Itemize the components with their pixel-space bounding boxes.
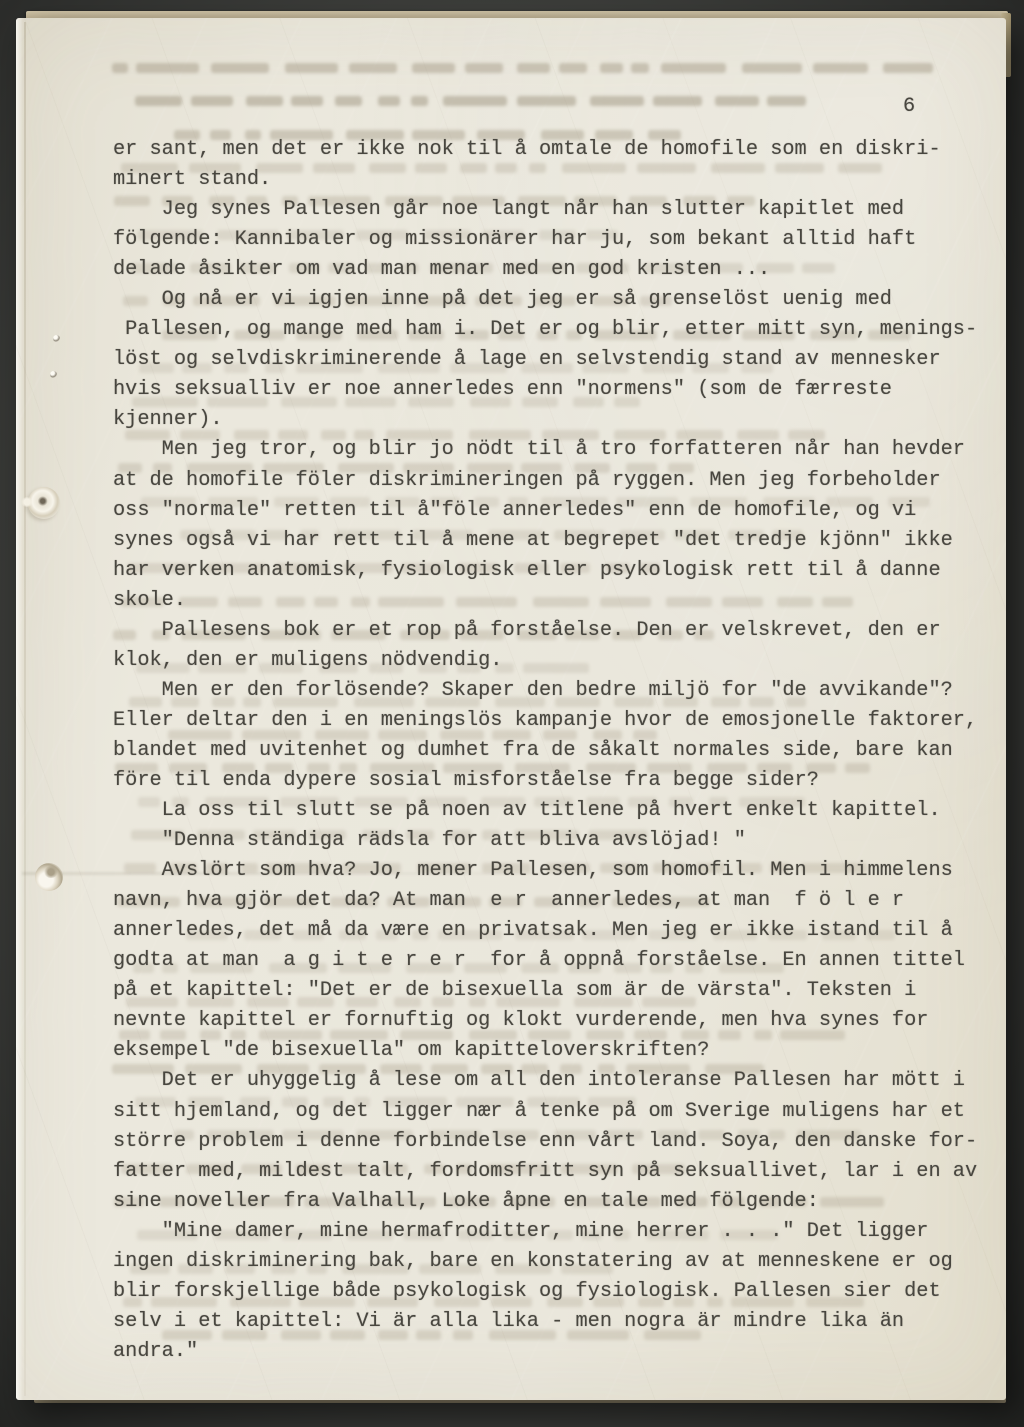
text-line: före til enda dypere sosial misforståels… bbox=[113, 766, 977, 796]
text-line: Det er uhyggelig å lese om all den intol… bbox=[113, 1066, 977, 1096]
punch-hole-top bbox=[28, 487, 60, 519]
text-line: Jeg synes Pallesen går noe langt når han… bbox=[113, 195, 977, 225]
text-line: er sant, men det er ikke nok til å omtal… bbox=[113, 135, 977, 165]
text-line: eksempel "de bisexuella" om kapittelover… bbox=[113, 1036, 977, 1066]
text-line: Pallesens bok er et rop på forståelse. D… bbox=[113, 616, 977, 646]
text-line: "Mine damer, mine hermafroditter, mine h… bbox=[113, 1217, 977, 1247]
text-line: selv i et kapittel: Vi är alla lika - me… bbox=[113, 1307, 977, 1337]
typewritten-text: er sant, men det er ikke nok til å omtal… bbox=[113, 135, 977, 1367]
text-line: La oss til slutt se på noen av titlene p… bbox=[113, 796, 977, 826]
text-line: skole. bbox=[113, 586, 977, 616]
text-line: Avslört som hva? Jo, mener Pallesen, som… bbox=[113, 856, 977, 886]
text-line: Men jeg tror, og blir jo nödt til å tro … bbox=[113, 435, 977, 465]
text-line: Pallesen, og mange med ham i. Det er og … bbox=[113, 315, 977, 345]
text-line: Men er den forlösende? Skaper den bedre … bbox=[113, 676, 977, 706]
text-line: på et kapittel: "Det er de bisexuella so… bbox=[113, 976, 977, 1006]
text-line: Og nå er vi igjen inne på det jeg er så … bbox=[113, 285, 977, 315]
punch-hole-bottom bbox=[35, 863, 63, 891]
text-line: minert stand. bbox=[113, 165, 977, 195]
text-line: större problem i denne forbindelse enn v… bbox=[113, 1127, 977, 1157]
text-line: Eller deltar den i en meningslös kampanj… bbox=[113, 706, 977, 736]
text-line: klok, den er muligens nödvendig. bbox=[113, 646, 977, 676]
text-line: sine noveller fra Valhall, Loke åpne en … bbox=[113, 1187, 977, 1217]
text-line: blir forskjellige både psykologisk og fy… bbox=[113, 1277, 977, 1307]
text-line: nevnte kapittel er fornuftig og klokt vu… bbox=[113, 1006, 977, 1036]
scan-background: 6 er sant, men det er ikke nok til å omt… bbox=[0, 0, 1024, 1427]
text-line: blandet med uvitenhet og dumhet fra de s… bbox=[113, 736, 977, 766]
paper-dent bbox=[53, 335, 60, 342]
page-number: 6 bbox=[903, 92, 915, 122]
text-line: ingen diskriminering bak, bare en konsta… bbox=[113, 1247, 977, 1277]
paper-dent bbox=[50, 371, 57, 378]
text-line: at de homofile föler diskrimineringen på… bbox=[113, 466, 977, 496]
text-line: hvis seksualliv er noe annerledes enn "n… bbox=[113, 375, 977, 405]
text-line: fatter med, mildest talt, fordomsfritt s… bbox=[113, 1157, 977, 1187]
text-line: delade åsikter om vad man menar med en g… bbox=[113, 255, 977, 285]
text-line: sitt hjemland, og det ligger nær å tenke… bbox=[113, 1097, 977, 1127]
page-edge-line bbox=[24, 22, 26, 1396]
text-line: oss "normale" retten til å"föle annerled… bbox=[113, 496, 977, 526]
text-line: navn, hva gjör det da? At man e r annerl… bbox=[113, 886, 977, 916]
text-line: godta at man a g i t e r e r for å oppnå… bbox=[113, 946, 977, 976]
text-line: kjenner). bbox=[113, 405, 977, 435]
text-line: har verken anatomisk, fysiologisk eller … bbox=[113, 556, 977, 586]
text-line: andra." bbox=[113, 1337, 977, 1367]
text-line: annerledes, det må da være en privatsak.… bbox=[113, 916, 977, 946]
text-line: "Denna ständiga rädsla for att bliva avs… bbox=[113, 826, 977, 856]
text-line: löst og selvdiskriminerende å lage en se… bbox=[113, 345, 977, 375]
text-line: fölgende: Kannibaler og missionärer har … bbox=[113, 225, 977, 255]
text-line: synes også vi har rett til å mene at beg… bbox=[113, 526, 977, 556]
